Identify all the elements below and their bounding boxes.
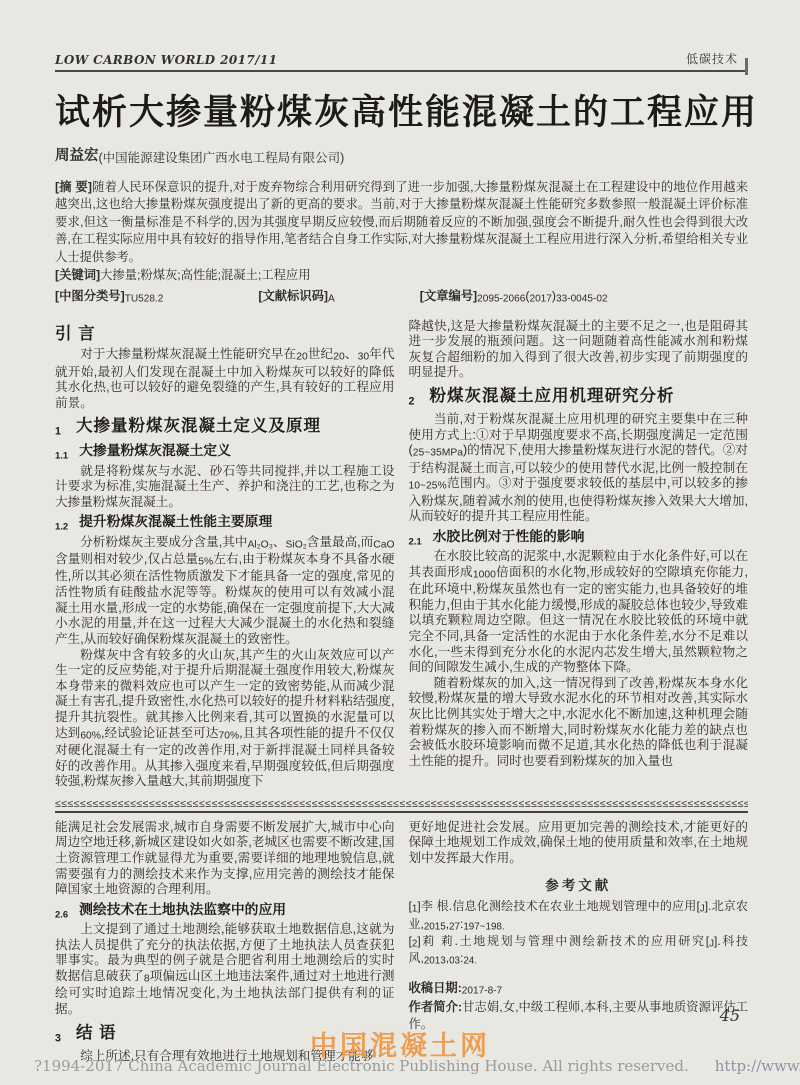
paragraph: 能满足社会发展需求,城市自身需要不断发展扩大,城市中心向周边空地迁移,新城区建设… (55, 820, 395, 898)
received-date: 收稿日期:2017-8-7 (409, 980, 749, 998)
journal-name: LOW CARBON WORLD 2017/11 (55, 53, 277, 67)
paragraph: 随着粉煤灰的加入,这一情况得到了改善,粉煤灰本身水化较慢,粉煤灰量的增大导致水泥… (409, 676, 749, 770)
article-body: 引 言 对于大掺量粉煤灰混凝土性能研究早在20世纪20、30年代就开始,最初人们… (55, 319, 748, 790)
intro-heading-text: 引 言 (55, 325, 96, 343)
paragraph: 上文提到了通过土地测绘,能够获取土地数据信息,这就为执法人员提供了充分的执法依据… (55, 922, 395, 1017)
references-heading: 参考文献 (409, 878, 749, 895)
abstract-block: [摘 要]随着人民环保意识的提升,对于废弃物综合利用研究得到了进一步加强,大掺量… (55, 179, 748, 266)
received-date-label: 收稿日期: (409, 981, 462, 995)
section-label: 低碳技术 (686, 50, 738, 67)
section-1-heading: 1大掺量粉煤灰混凝土定义及原理 (55, 416, 395, 439)
article-divider: ≤≤≤≤≤≤≤≤≤≤≤≤≤≤≤≤≤≤≤≤≤≤≤≤≤≤≤≤≤≤≤≤≤≤≤≤≤≤≤≤… (55, 799, 748, 813)
article-id-value: 2095-2066(2017)33-0045-02 (477, 289, 607, 303)
document-code: [文献标识码]A (258, 288, 334, 307)
meta-row: [中图分类号]TU528.2 [文献标识码]A [文章编号]2095-2066(… (55, 288, 748, 307)
abstract-label: [摘 要] (55, 180, 92, 194)
section-2-number: 2 (409, 391, 416, 406)
author-line: 周益宏(中国能源建设集团广西水电工程局有限公司) (55, 144, 748, 166)
article-title: 试析大掺量粉煤灰高性能混凝土的工程应用 (55, 85, 748, 135)
author-name: 周益宏 (55, 148, 99, 164)
section-2-6-title: 测绘技术在土地执法监察中的应用 (79, 902, 286, 917)
clc-number: [中图分类号]TU528.2 (55, 288, 163, 307)
section-2-1-heading: 2.1水胶比例对于性能的影响 (409, 528, 749, 547)
page-number: 45 (720, 1006, 740, 1025)
reference-item: [2]莉 莉.土地规划与管理中测绘新技术的应用研究[J].科技风,2013,03… (409, 934, 749, 969)
keywords-text: 大掺量;粉煤灰;高性能;混凝土;工程应用 (100, 268, 310, 282)
article-id: [文章编号]2095-2066(2017)33-0045-02 (420, 288, 608, 307)
paragraph: 当前,对于粉煤灰混凝土应用机理的研究主要集中在三种使用方式上:①对于早期强度要求… (409, 412, 749, 525)
author-affiliation: (中国能源建设集团广西水电工程局有限公司) (99, 151, 345, 165)
doc-code-label: [文献标识码] (258, 289, 328, 303)
paragraph: 降越快,这是大掺量粉煤灰混凝土的主要不足之一,也是阻碍其进一步发展的瓶颈问题。这… (409, 319, 749, 381)
section-1-title: 大掺量粉煤灰混凝土定义及原理 (76, 417, 321, 435)
section-1-number: 1 (55, 421, 62, 436)
right-column: 降越快,这是大掺量粉煤灰混凝土的主要不足之一,也是阻碍其进一步发展的瓶颈问题。这… (409, 319, 749, 790)
section-1-1-number: 1.1 (55, 448, 68, 460)
intro-heading: 引 言 (55, 324, 395, 344)
paragraph: 在水胶比较高的泥浆中,水泥颗粒由于水化条件好,可以在其表面形成1000倍面积的水… (409, 549, 749, 676)
section-1-2-heading: 1.2提升粉煤灰混凝土性能主要原理 (55, 513, 395, 532)
paragraph: 对于大掺量粉煤灰混凝土性能研究早在20世纪20、30年代就开始,最初人们发现在混… (55, 347, 395, 411)
scanned-paper-page: LOW CARBON WORLD 2017/11 低碳技术 试析大掺量粉煤灰高性… (0, 0, 800, 1085)
section-2-6-heading: 2.6测绘技术在土地执法监察中的应用 (55, 901, 395, 920)
section-2-title: 粉煤灰混凝土应用机理研究分析 (429, 387, 674, 405)
cnki-url: http://www.cnki.net (715, 1057, 800, 1075)
keywords-block: [关键词]大掺量;粉煤灰;高性能;混凝土;工程应用 (55, 267, 748, 284)
paragraph: 粉煤灰中含有较多的火山灰,其产生的火山灰效应可以产生一定的反应势能,对于提升后期… (55, 648, 395, 790)
article-id-label: [文章编号] (420, 289, 477, 303)
section-2-1-title: 水胶比例对于性能的影响 (433, 529, 585, 544)
keywords-label: [关键词] (55, 268, 100, 282)
left-column: 引 言 对于大掺量粉煤灰混凝土性能研究早在20世纪20、30年代就开始,最初人们… (55, 319, 395, 790)
clc-label: [中图分类号] (55, 289, 125, 303)
clc-value: TU528.2 (125, 289, 164, 303)
reference-item: [1]李 根.信息化测绘技术在农业土地规划管理中的应用[J].北京农业,2015… (409, 899, 749, 934)
section-1-1-title: 大掺量粉煤灰混凝土定义 (79, 443, 231, 458)
paragraph: 就是将粉煤灰与水泥、砂石等共同搅拌,并以工程施工设计要求为标准,实施混凝土生产、… (55, 464, 395, 511)
copyright-text: ?1994-2017 China Academic Journal Electr… (34, 1057, 689, 1075)
author-bio-label: 作者简介: (409, 1000, 463, 1014)
paragraph: 更好地促进社会发展。应用更加完善的测绘技术,才能更好的保障土地规划工作成效,确保… (409, 820, 749, 867)
section-2-6-number: 2.6 (55, 907, 68, 919)
doc-code-value: A (328, 289, 335, 303)
section-1-1-heading: 1.1大掺量粉煤灰混凝土定义 (55, 442, 395, 461)
section-1-2-title: 提升粉煤灰混凝土性能主要原理 (79, 514, 272, 529)
page-header: LOW CARBON WORLD 2017/11 低碳技术 (55, 50, 748, 72)
copyright-line: ?1994-2017 China Academic Journal Electr… (34, 1057, 800, 1075)
page-content: LOW CARBON WORLD 2017/11 低碳技术 试析大掺量粉煤灰高性… (0, 0, 800, 1064)
section-tick-mark (745, 58, 748, 75)
abstract-text: 随着人民环保意识的提升,对于废弃物综合利用研究得到了进一步加强,大掺量粉煤灰混凝… (55, 180, 748, 264)
section-1-2-number: 1.2 (55, 519, 68, 531)
paragraph: 分析粉煤灰主要成分含量,其中Al₂O₃、SiO₂含量最高,而CaO含量则相对较少… (55, 535, 395, 648)
section-2-1-number: 2.1 (409, 534, 422, 546)
received-date-value: 2017-8-7 (462, 981, 502, 995)
section-tag: 低碳技术 (686, 50, 748, 67)
section-2-heading: 2粉煤灰混凝土应用机理研究分析 (409, 386, 749, 409)
